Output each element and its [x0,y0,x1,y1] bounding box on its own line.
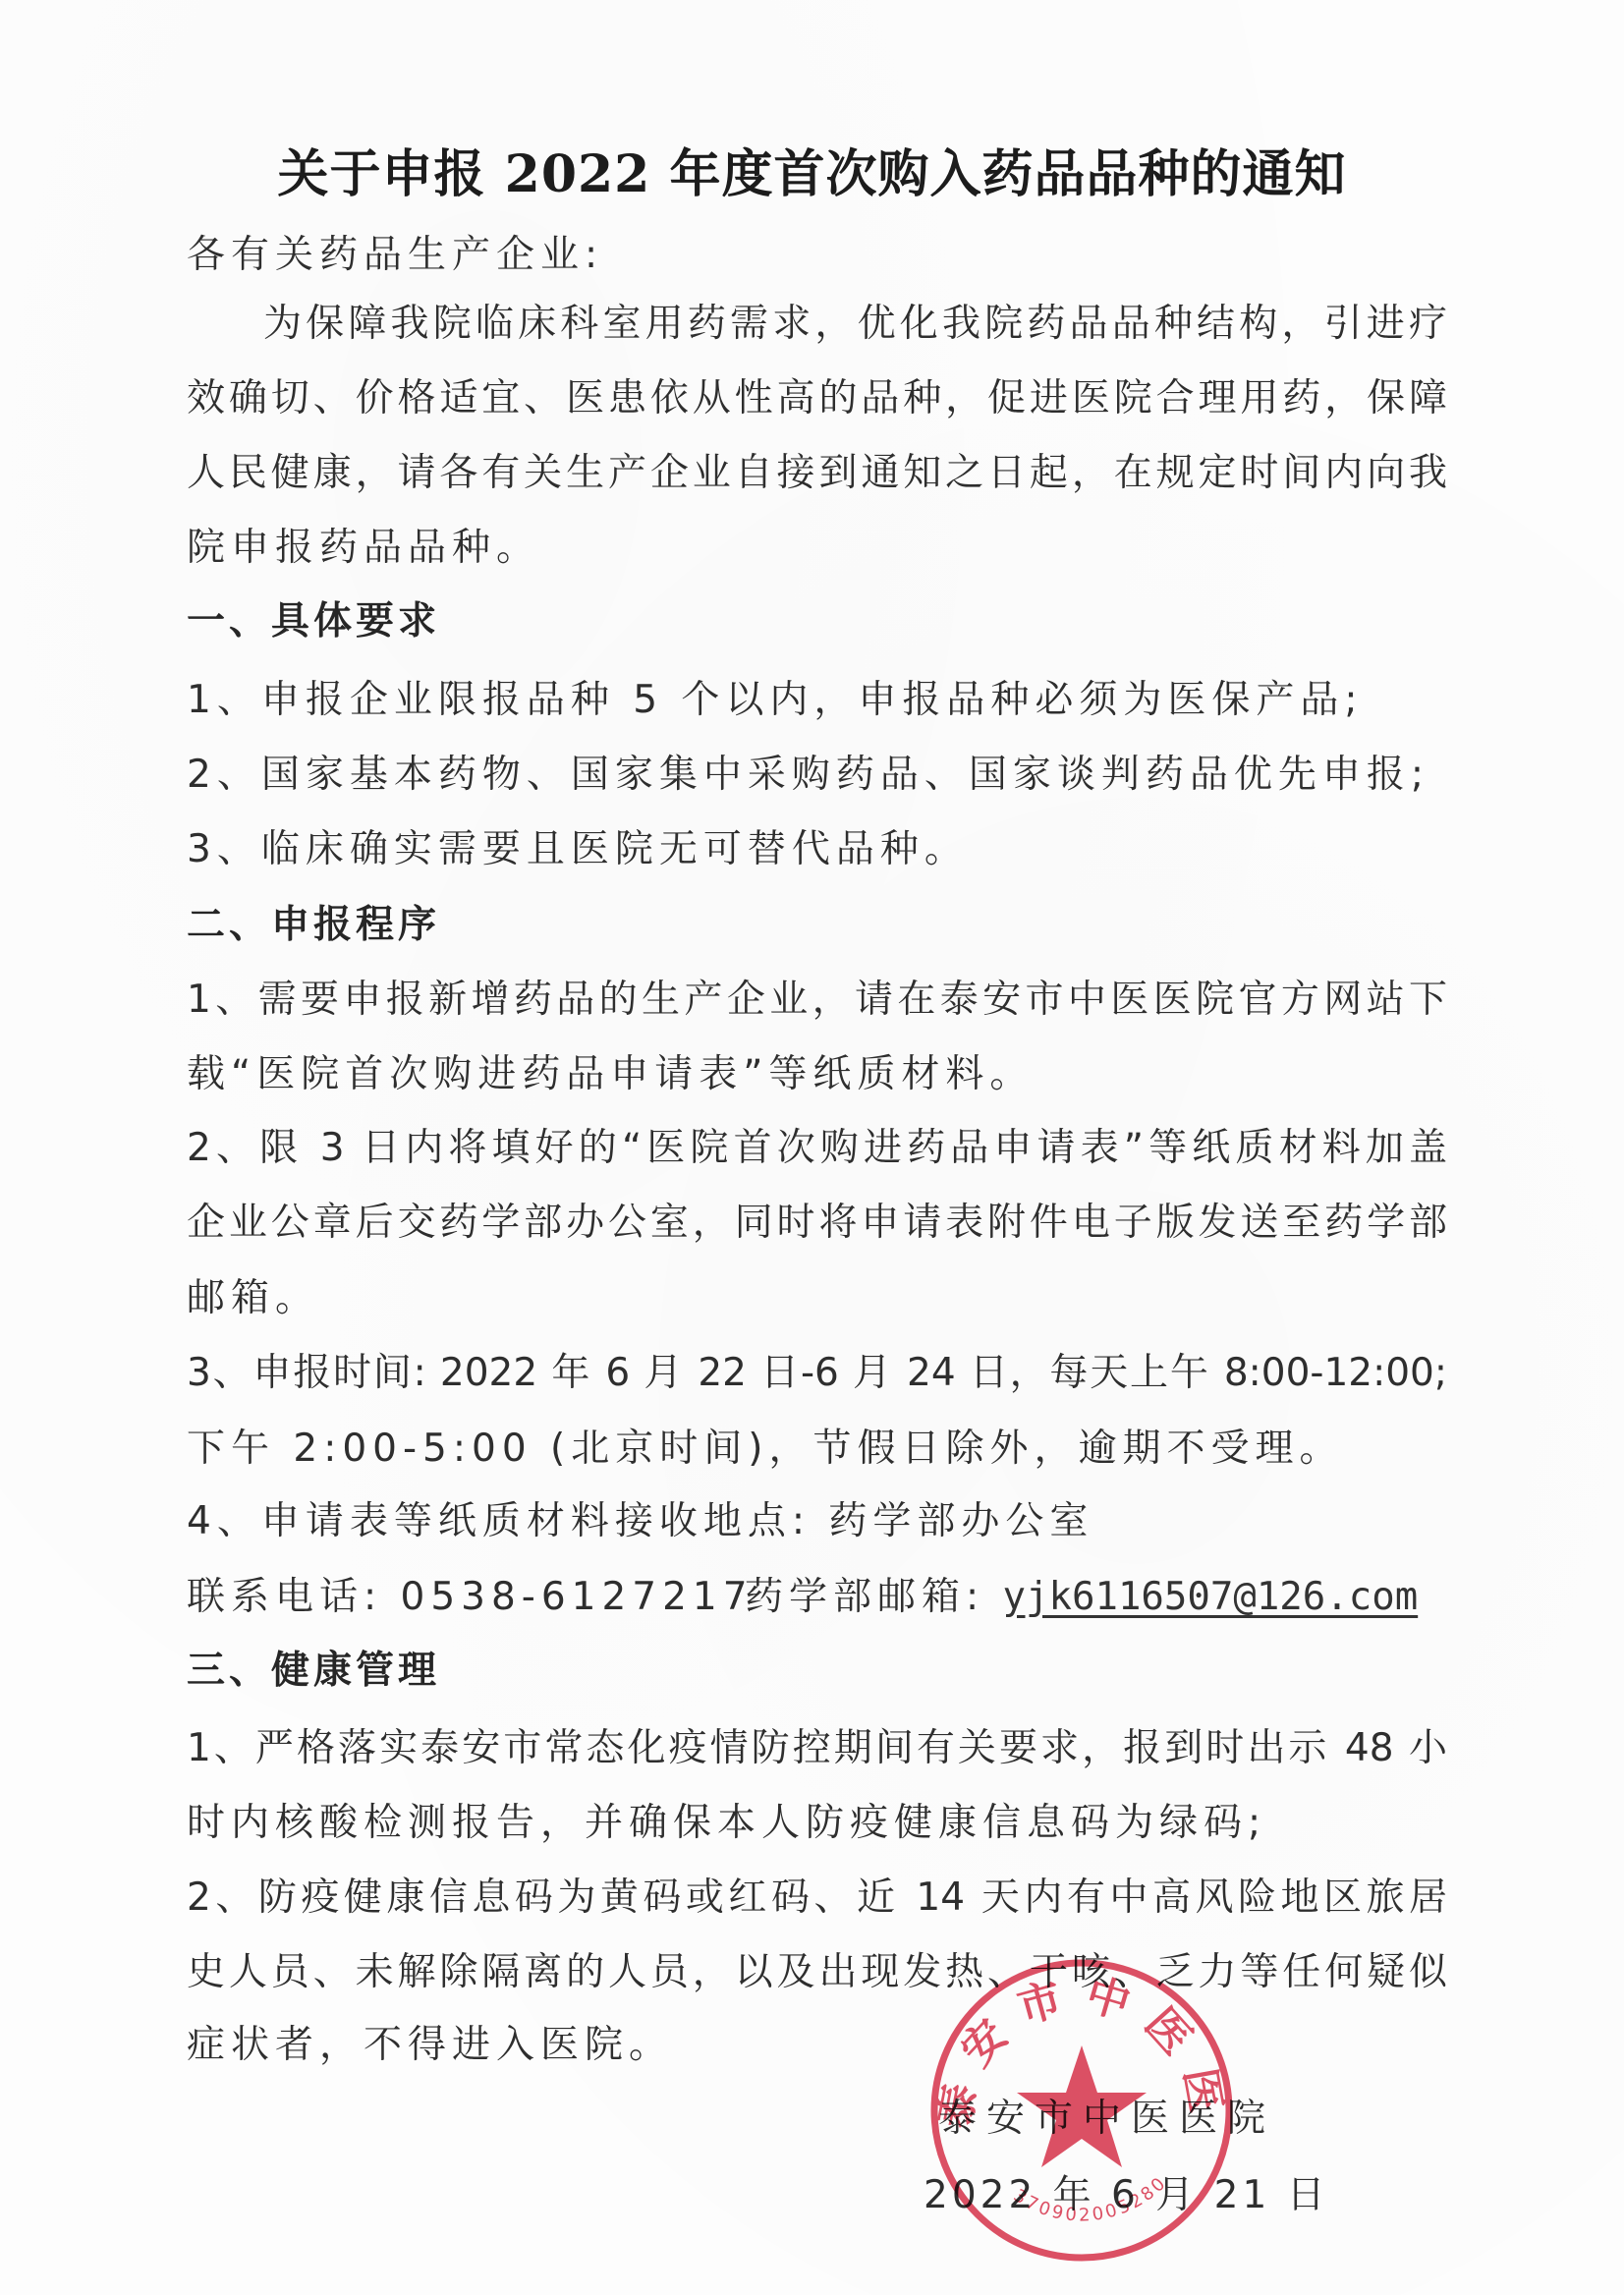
health-line: 症状者，不得进入医院。 [187,2023,673,2068]
requirement-item: 1、申报企业限报品种 5 个以内，申报品种必须为医保产品; [187,678,1364,723]
phone-label: 联系电话: [187,1575,382,1619]
procedure-line: 下午 2:00-5:00 (北京时间)，节假日除外，逾期不受理。 [187,1427,1343,1472]
requirement-item: 2、国家基本药物、国家集中采购药品、国家谈判药品优先申报; [187,753,1429,798]
signature-organization: 泰安市中医医院 [938,2097,1275,2142]
section-heading-requirements: 一、具体要求 [187,599,440,644]
procedure-line: 载“医院首次购进药品申请表”等纸质材料。 [187,1052,1034,1097]
procedure-line: 3、申报时间: 2022 年 6 月 22 日-6 月 24 日，每天上午 8:… [187,1351,1447,1396]
section-heading-health: 三、健康管理 [187,1649,440,1694]
procedure-line: 1、需要申报新增药品的生产企业，请在泰安市中医医院官方网站下 [187,978,1447,1023]
health-line: 时内核酸检测报告，并确保本人防疫健康信息码为绿码; [187,1801,1266,1846]
salutation: 各有关药品生产企业: [187,233,603,278]
intro-line: 院申报药品品种。 [187,526,540,571]
intro-line: 为保障我院临床科室用药需求，优化我院药品品种结构，引进疗 [263,302,1447,347]
procedure-line: 企业公章后交药学部办公室，同时将申请表附件电子版发送至药学部 [187,1201,1447,1246]
procedure-line: 邮箱。 [187,1276,319,1321]
email-link[interactable]: yjk6116507@126.com [1003,1575,1419,1619]
health-line: 1、严格落实泰安市常态化疫情防控期间有关要求，报到时出示 48 小 [187,1726,1447,1771]
health-line: 2、防疫健康信息码为黄码或红码、近 14 天内有中高风险地区旅居 [187,1875,1447,1921]
intro-line: 效确切、价格适宜、医患依从性高的品种，促进医院合理用药，保障 [187,376,1447,421]
phone-number: 0538-6127217 [401,1575,754,1619]
procedure-line: 2、限 3 日内将填好的“医院首次购进药品申请表”等纸质材料加盖 [187,1126,1447,1171]
contact-line: 联系电话: 0538-6127217 [187,1575,754,1620]
procedure-line: 4、申请表等纸质材料接收地点: 药学部办公室 [187,1499,1093,1544]
health-line: 史人员、未解除隔离的人员，以及出现发热、干咳、乏力等任何疑似 [187,1950,1447,1995]
section-heading-procedure: 二、申报程序 [187,903,440,948]
email-label: 药学部邮箱: [745,1575,984,1619]
signature-date: 2022 年 6 月 21 日 [924,2173,1329,2218]
requirement-item: 3、临床确实需要且医院无可替代品种。 [187,827,969,872]
document-title: 关于申报 2022 年度首次购入药品品种的通知 [0,147,1624,202]
intro-line: 人民健康，请各有关生产企业自接到通知之日起，在规定时间内向我 [187,451,1447,496]
email-line: 药学部邮箱: yjk6116507@126.com [745,1575,1418,1620]
